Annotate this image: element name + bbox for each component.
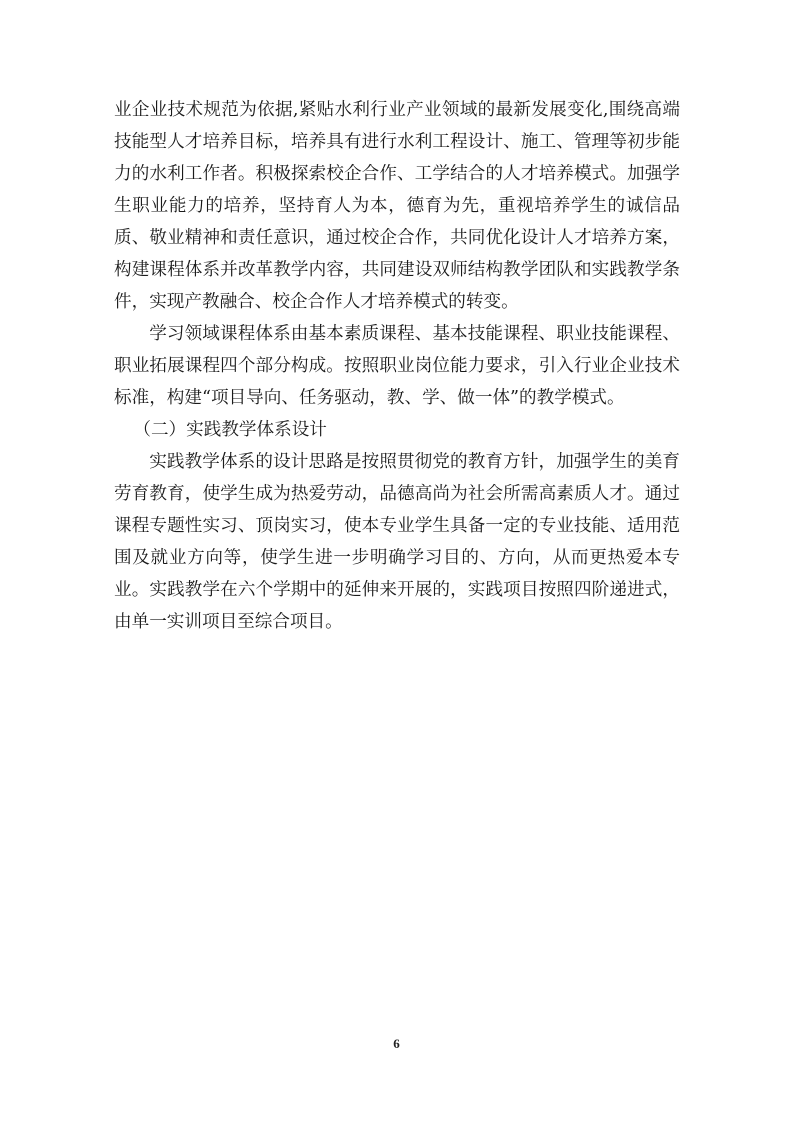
document-body: 业企业技术规范为依据,紧贴水利行业产业领域的最新发展变化,围绕高端技能型人才培养… bbox=[114, 94, 680, 638]
page-number: 6 bbox=[0, 1036, 793, 1052]
paragraph-course-system: 学习领域课程体系由基本素质课程、基本技能课程、职业技能课程、职业拓展课程四个部分… bbox=[114, 318, 680, 414]
paragraph-practice-teaching: 实践教学体系的设计思路是按照贯彻党的教育方针，加强学生的美育劳育教育，使学生成为… bbox=[114, 446, 680, 638]
section-heading-practice-teaching: （二）实践教学体系设计 bbox=[114, 414, 680, 446]
paragraph-training-goals: 业企业技术规范为依据,紧贴水利行业产业领域的最新发展变化,围绕高端技能型人才培养… bbox=[114, 94, 680, 318]
